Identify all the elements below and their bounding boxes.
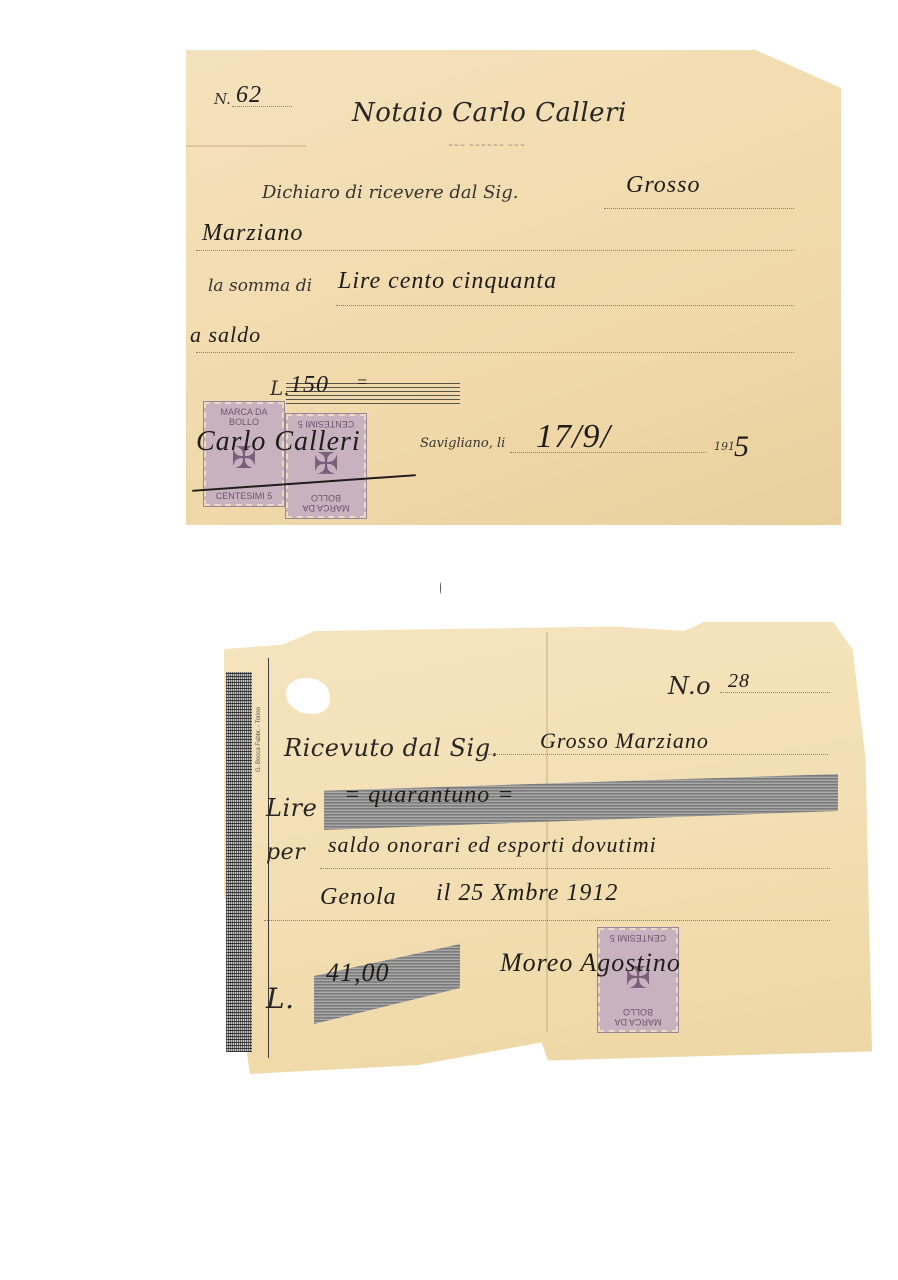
crease <box>186 145 306 147</box>
dotted-line <box>720 692 830 693</box>
speck <box>440 582 441 594</box>
stamp-top-text: MARCA DA BOLLO <box>289 493 363 513</box>
receipt-number-value: 28 <box>728 670 750 693</box>
declaration-label: Dichiaro di ricevere dal Sig. <box>262 182 518 203</box>
dotted-line <box>196 352 794 353</box>
left-perforation-strip <box>226 672 252 1052</box>
amount-value: 41,00 <box>326 958 390 988</box>
header-ornament: ~~~ ~~~~~~ ~~~ <box>448 142 526 149</box>
stamp-top-text: MARCA DA BOLLO <box>207 407 281 427</box>
stamp-top-text: MARCA DA BOLLO <box>601 1007 675 1027</box>
amount-suffix: = <box>356 372 369 393</box>
amount-in-words: = quarantuno = <box>344 782 514 809</box>
place-value: Genola <box>320 884 397 911</box>
payer-name: Grosso Marziano <box>540 728 709 754</box>
receipt-number-label: N.o <box>668 672 711 700</box>
revenue-stamp-inverted: MARCA DA BOLLO ✠ CENTESIMI 5 <box>598 928 678 1032</box>
receipt-number-label: N. <box>214 90 231 108</box>
year-suffix: 5 <box>734 430 750 464</box>
dotted-line <box>264 920 830 921</box>
amount-value: 150 <box>290 372 329 399</box>
year-prefix: 191 <box>714 440 735 453</box>
dotted-line <box>604 208 794 209</box>
lire-label: Lire <box>266 794 317 822</box>
receipt-moreo: G. Bocca Fabbr. - Torino N.o 28 Ricevuto… <box>224 622 872 1074</box>
notary-signature: Carlo Calleri <box>196 426 361 458</box>
date-value: il 25 Xmbre 1912 <box>436 880 618 907</box>
purpose-text: saldo onorari ed esporti dovutimi <box>328 832 657 858</box>
stamp-bottom-text: CENTESIMI 5 <box>216 491 273 501</box>
payer-last-name: Marziano <box>202 220 303 247</box>
dotted-line <box>336 305 794 306</box>
date-value: 17/9/ <box>536 418 611 456</box>
receipt-notaio-calleri: N. 62 Notaio Carlo Calleri ~~~ ~~~~~~ ~~… <box>186 50 841 525</box>
place-label: Savigliano, li <box>420 436 505 451</box>
sum-label: la somma di <box>208 276 312 296</box>
received-label: Ricevuto dal Sig. <box>284 734 499 762</box>
stamp-bottom-text: CENTESIMI 5 <box>610 933 667 943</box>
receipt-number-value: 62 <box>236 82 262 109</box>
creditor-signature: Moreo Agostino <box>500 948 681 978</box>
printer-mark: G. Bocca Fabbr. - Torino <box>256 707 262 772</box>
amount-prefix: L. <box>266 982 295 1015</box>
dotted-line <box>488 754 828 755</box>
dotted-line <box>320 868 830 869</box>
dotted-line <box>196 250 794 251</box>
sum-note: a saldo <box>190 322 261 348</box>
per-label: per <box>266 840 305 865</box>
letterhead-title: Notaio Carlo Calleri <box>352 98 627 128</box>
payer-first-name: Grosso <box>626 172 700 199</box>
sum-in-words: Lire cento cinquanta <box>338 268 557 295</box>
